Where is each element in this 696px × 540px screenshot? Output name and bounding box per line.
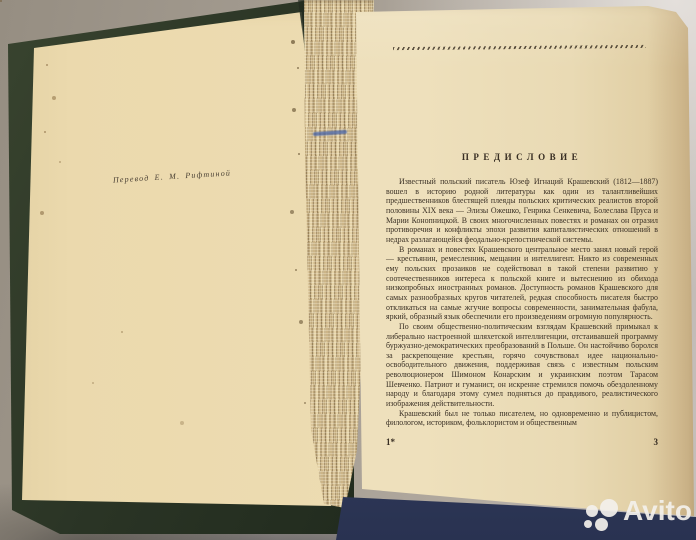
avito-logo-icon xyxy=(584,520,592,528)
preface-paragraph-3: По своим общественно-политическим взгляд… xyxy=(386,322,658,409)
page-number: 3 xyxy=(654,437,659,447)
book-photo: Перевод Е. М. Рифтиной ПРЕДИСЛОВИЕ Извес… xyxy=(0,0,696,540)
preface-paragraph-4: Крашевский был не только писателем, но о… xyxy=(386,409,658,428)
avito-wordmark: Avito xyxy=(623,495,692,527)
avito-watermark: Avito xyxy=(583,498,695,536)
signature-mark: 1* xyxy=(386,437,395,447)
avito-logo-icon xyxy=(586,505,598,517)
preface-text-block: ПРЕДИСЛОВИЕ Известный польский писатель … xyxy=(386,152,658,447)
foxing-spots xyxy=(0,0,2,2)
preface-heading: ПРЕДИСЛОВИЕ xyxy=(386,152,658,162)
avito-logo-icon xyxy=(595,518,608,531)
preface-paragraph-1: Известный польский писатель Юзеф Игнаций… xyxy=(386,177,658,245)
preface-paragraph-2: В романах и повестях Крашевского централ… xyxy=(386,245,658,322)
avito-logo-icon xyxy=(600,499,618,517)
page-footer: 1* 3 xyxy=(386,437,658,447)
